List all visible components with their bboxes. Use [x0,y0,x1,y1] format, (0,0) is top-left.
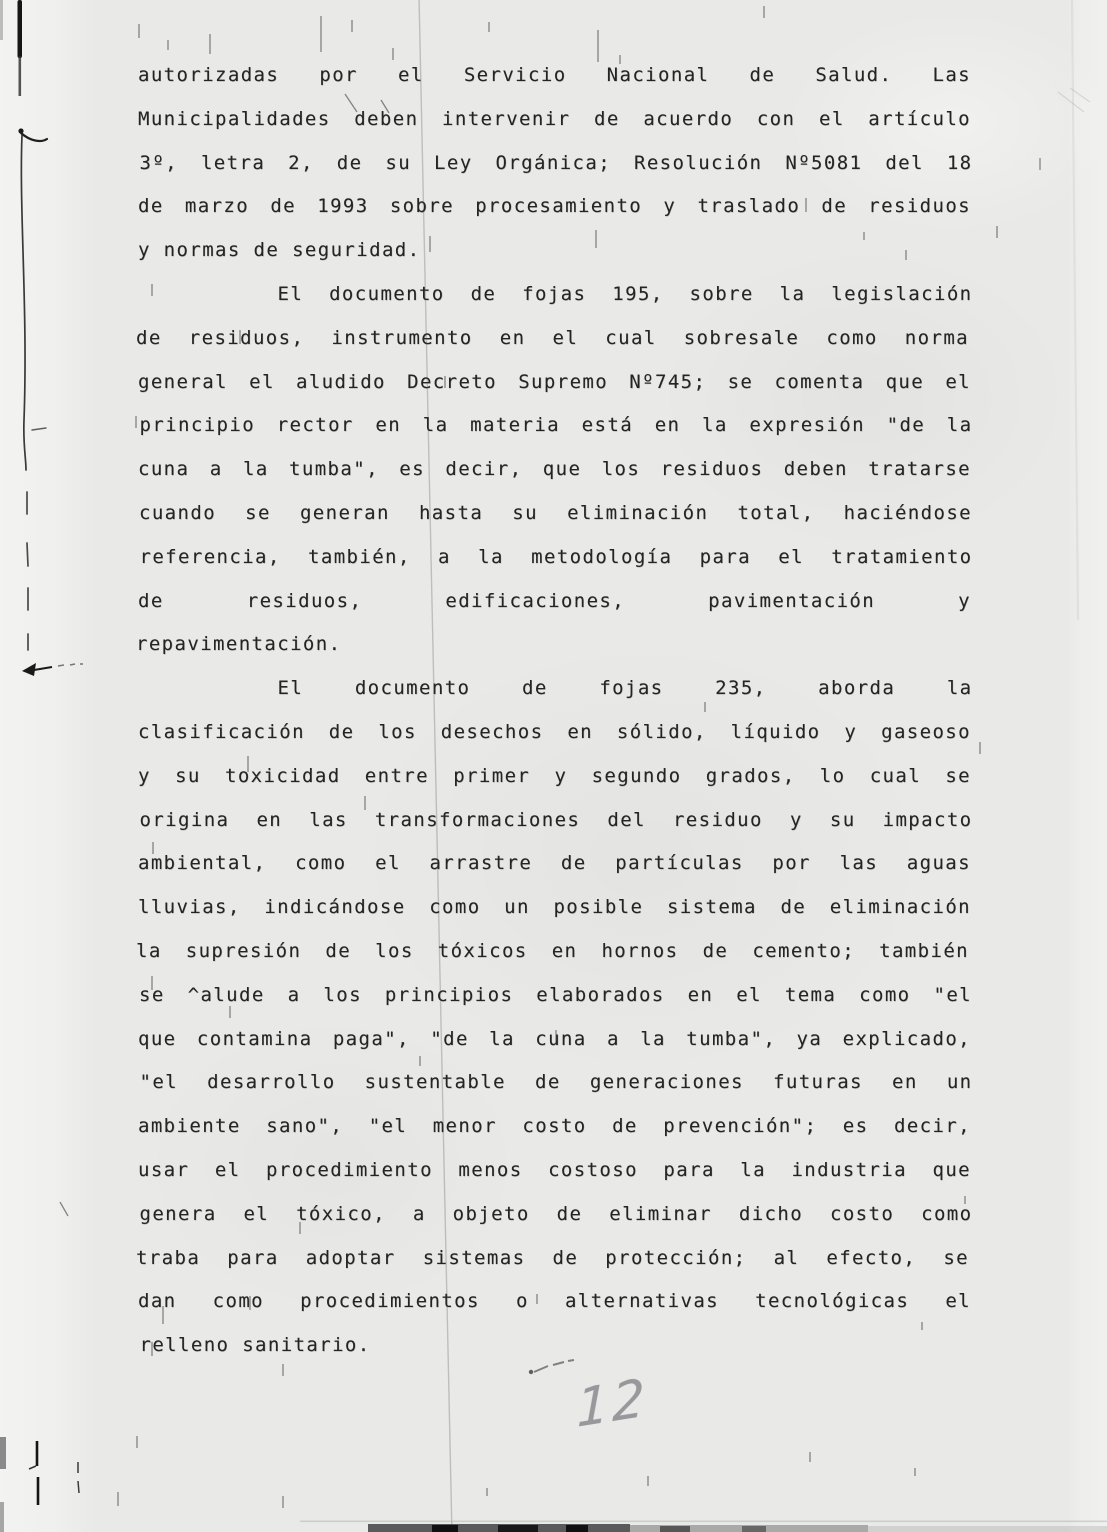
text-line-p2-l3: general el aludido Decreto Supremo Nº745… [138,361,971,405]
text-line-p1-l4: de marzo de 1993 sobre procesamiento y t… [138,185,971,229]
text-line-p3-l11: ambiente sano", "el menor costo de preve… [138,1105,971,1149]
scan-mark-topleft-bar [18,0,23,96]
pencil-arrow-mark [22,663,83,676]
text-line-p3-l8: se ^alude a los principios elaborados en… [139,974,972,1018]
text-line-p3-l6: lluvias, indicándose como un posible sis… [138,886,971,930]
text-line-p3-l2: clasificación de los desechos en sólido,… [138,711,971,755]
text-line-p3-l7: la supresión de los tóxicos en hornos de… [136,930,969,974]
text-line-p3-l12: usar el procedimiento menos costoso para… [138,1149,971,1193]
text-line-p3-l5: ambiental, como el arrastre de partícula… [138,842,971,886]
text-line-p3-l1: El documento de fojas 235, aborda la [140,667,973,711]
text-line-p3-l9: que contamina paga", "de la cuna a la tu… [138,1018,971,1062]
text-line-p3-l13: genera el tóxico, a objeto de eliminar d… [140,1193,973,1237]
text-line-p2-l7: referencia, también, a la metodología pa… [140,536,973,580]
text-line-p1-l2: Municipalidades deben intervenir de acue… [138,98,971,142]
text-line-p3-l16: relleno sanitario. [140,1324,973,1368]
text-line-p1-l5: y normas de seguridad. [138,229,971,273]
text-line-p2-l9: repavimentación. [136,623,969,667]
paper-seam-right [1072,0,1078,620]
bottom-left-marks [0,0,79,1532]
text-line-p2-l1: El documento de fojas 195, sobre la legi… [140,273,973,317]
text-line-p2-l6: cuando se generan hasta su eliminación t… [139,492,972,536]
text-line-p3-l3: y su toxicidad entre primer y segundo gr… [138,755,971,799]
bottom-scan-band [300,1521,1107,1532]
scratch-top-right [1058,88,1090,112]
pencil-margin-line [18,128,47,650]
text-line-p1-l3: 3º, letra 2, de su Ley Orgánica; Resoluc… [140,142,973,186]
text-line-p3-l10: "el desarrollo sustentable de generacion… [140,1061,973,1105]
text-line-p1-l1: autorizadas por el Servicio Nacional de … [138,54,971,98]
text-line-p2-l8: de residuos, edificaciones, pavimentació… [138,580,971,624]
text-line-p3-l14: traba para adoptar sistemas de protecció… [136,1237,969,1281]
text-line-p3-l15: dan como procedimientos o alternativas t… [138,1280,971,1324]
text-line-p2-l4: principio rector en la materia está en l… [140,404,973,448]
handwritten-page-number: 12 [576,1368,647,1440]
scanned-document-page: autorizadas por el Servicio Nacional de … [0,0,1107,1532]
text-line-p2-l5: cuna a la tumba", es decir, que los resi… [138,448,971,492]
text-line-p3-l4: origina en las transformaciones del resi… [140,799,973,843]
text-line-p2-l2: de residuos, instrumento en el cual sobr… [136,317,969,361]
document-text: autorizadas por el Servicio Nacional de … [138,54,971,1368]
